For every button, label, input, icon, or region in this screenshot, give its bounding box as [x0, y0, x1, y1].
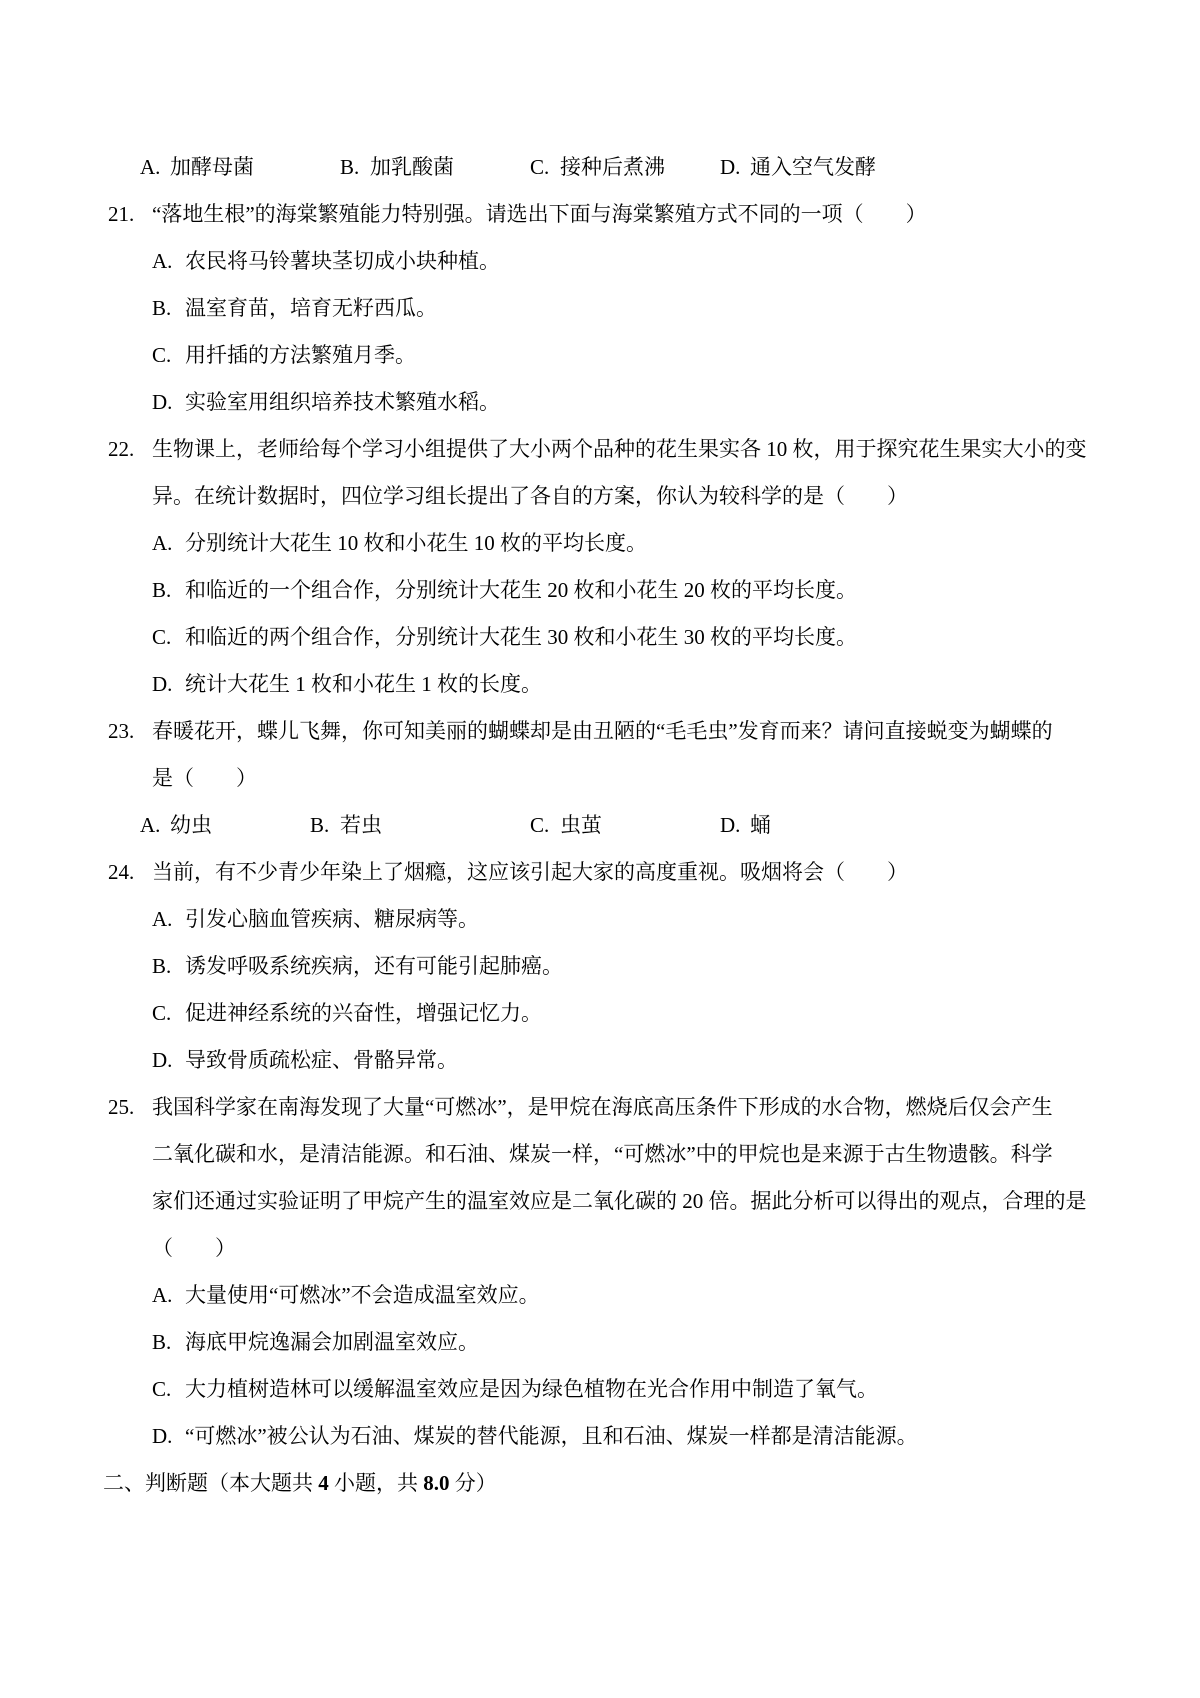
- q23-option-b: B.若虫: [310, 802, 382, 849]
- question-stem: 当前，有不少青少年染上了烟瘾，这应该引起大家的高度重视。吸烟将会（ ）: [152, 860, 908, 884]
- q23-options-row: A.幼虫 B.若虫 C.虫茧 D.蛹: [100, 802, 1160, 849]
- option-letter: D.: [152, 1413, 185, 1460]
- question-number: 24.: [108, 849, 152, 896]
- q21-option-a: A.农民将马铃薯块茎切成小块种植。: [100, 238, 1160, 285]
- option-text: 诱发呼吸系统疾病，还有可能引起肺癌。: [185, 954, 563, 978]
- option-letter: A.: [140, 144, 170, 191]
- question-stem: 春暖花开，蝶儿飞舞，你可知美丽的蝴蝶却是由丑陋的“毛毛虫”发育而来？请问直接蜕变…: [152, 719, 1053, 743]
- q21-stem-line: 21.“落地生根”的海棠繁殖能力特别强。请选出下面与海棠繁殖方式不同的一项（ ）: [100, 191, 1160, 238]
- option-text: 分别统计大花生 10 枚和小花生 10 枚的平均长度。: [185, 531, 647, 555]
- question-stem: “落地生根”的海棠繁殖能力特别强。请选出下面与海棠繁殖方式不同的一项（ ）: [152, 202, 927, 226]
- question-stem: 二氧化碳和水，是清洁能源。和石油、煤炭一样，“可燃冰”中的甲烷也是来源于古生物遗…: [152, 1142, 1053, 1166]
- option-text: 虫茧: [560, 813, 602, 837]
- option-letter: B.: [152, 567, 185, 614]
- q24-option-d: D.导致骨质疏松症、骨骼异常。: [100, 1037, 1160, 1084]
- option-text: 加酵母菌: [170, 155, 254, 179]
- q25-stem-line-4: （ ）: [100, 1225, 1160, 1272]
- option-text: 统计大花生 1 枚和小花生 1 枚的长度。: [185, 672, 542, 696]
- q22-option-b: B.和临近的一个组合作，分别统计大花生 20 枚和小花生 20 枚的平均长度。: [100, 567, 1160, 614]
- q23-option-c: C.虫茧: [530, 802, 602, 849]
- option-letter: C.: [530, 802, 560, 849]
- q20-option-a: A.加酵母菌: [140, 144, 254, 191]
- q23-option-a: A.幼虫: [140, 802, 212, 849]
- q24-stem-line: 24.当前，有不少青少年染上了烟瘾，这应该引起大家的高度重视。吸烟将会（ ）: [100, 849, 1160, 896]
- option-letter: C.: [152, 614, 185, 661]
- option-letter: A.: [152, 238, 185, 285]
- q20-option-c: C.接种后煮沸: [530, 144, 665, 191]
- option-text: 接种后煮沸: [560, 155, 665, 179]
- q21-option-d: D.实验室用组织培养技术繁殖水稻。: [100, 379, 1160, 426]
- question-number: 25.: [108, 1084, 152, 1131]
- option-letter: D.: [720, 144, 750, 191]
- q20-option-b: B.加乳酸菌: [340, 144, 454, 191]
- q24-option-a: A.引发心脑血管疾病、糖尿病等。: [100, 896, 1160, 943]
- section-suffix: 分）: [450, 1471, 497, 1495]
- option-letter: C.: [530, 144, 560, 191]
- option-letter: A.: [140, 802, 170, 849]
- option-letter: A.: [152, 896, 185, 943]
- section-header-text: 二、判断题（本大题共 4 小题，共 8.0 分）: [103, 1471, 497, 1495]
- question-stem: 异。在统计数据时，四位学习组长提出了各自的方案，你认为较科学的是（ ）: [152, 484, 908, 508]
- option-letter: B.: [152, 1319, 185, 1366]
- q20-options-row: A.加酵母菌 B.加乳酸菌 C.接种后煮沸 D.通入空气发酵: [100, 144, 1160, 191]
- q22-stem-line-1: 22.生物课上，老师给每个学习小组提供了大小两个品种的花生果实各 10 枚，用于…: [100, 426, 1160, 473]
- question-number: 23.: [108, 708, 152, 755]
- q22-option-c: C.和临近的两个组合作，分别统计大花生 30 枚和小花生 30 枚的平均长度。: [100, 614, 1160, 661]
- q23-stem-line-1: 23.春暖花开，蝶儿飞舞，你可知美丽的蝴蝶却是由丑陋的“毛毛虫”发育而来？请问直…: [100, 708, 1160, 755]
- option-text: 用扦插的方法繁殖月季。: [185, 343, 416, 367]
- exam-page: A.加酵母菌 B.加乳酸菌 C.接种后煮沸 D.通入空气发酵 21.“落地生根”…: [0, 0, 1200, 1698]
- q25-option-d: D.“可燃冰”被公认为石油、煤炭的替代能源，且和石油、煤炭一样都是清洁能源。: [100, 1413, 1160, 1460]
- q25-option-b: B.海底甲烷逸漏会加剧温室效应。: [100, 1319, 1160, 1366]
- option-letter: A.: [152, 520, 185, 567]
- option-text: 引发心脑血管疾病、糖尿病等。: [185, 907, 479, 931]
- question-number: 22.: [108, 426, 152, 473]
- q25-option-c: C.大力植树造林可以缓解温室效应是因为绿色植物在光合作用中制造了氧气。: [100, 1366, 1160, 1413]
- option-letter: B.: [340, 144, 370, 191]
- q21-option-b: B.温室育苗，培育无籽西瓜。: [100, 285, 1160, 332]
- option-letter: B.: [152, 943, 185, 990]
- option-letter: C.: [152, 332, 185, 379]
- q22-option-d: D.统计大花生 1 枚和小花生 1 枚的长度。: [100, 661, 1160, 708]
- option-text: “可燃冰”被公认为石油、煤炭的替代能源，且和石油、煤炭一样都是清洁能源。: [185, 1424, 918, 1448]
- option-text: 蛹: [750, 813, 771, 837]
- option-text: 促进神经系统的兴奋性，增强记忆力。: [185, 1001, 542, 1025]
- option-text: 幼虫: [170, 813, 212, 837]
- section-question-count: 4: [318, 1471, 329, 1495]
- q23-stem-line-2: 是（ ）: [100, 755, 1160, 802]
- option-letter: D.: [152, 379, 185, 426]
- option-letter: D.: [152, 661, 185, 708]
- option-text: 大力植树造林可以缓解温室效应是因为绿色植物在光合作用中制造了氧气。: [185, 1377, 878, 1401]
- option-text: 若虫: [340, 813, 382, 837]
- q24-option-c: C.促进神经系统的兴奋性，增强记忆力。: [100, 990, 1160, 1037]
- q25-stem-line-3: 家们还通过实验证明了甲烷产生的温室效应是二氧化碳的 20 倍。据此分析可以得出的…: [100, 1178, 1160, 1225]
- section-prefix: 二、判断题（本大题共: [103, 1471, 318, 1495]
- option-text: 和临近的一个组合作，分别统计大花生 20 枚和小花生 20 枚的平均长度。: [185, 578, 857, 602]
- section-2-header: 二、判断题（本大题共 4 小题，共 8.0 分）: [100, 1460, 1160, 1507]
- option-letter: A.: [152, 1272, 185, 1319]
- section-score: 8.0: [423, 1471, 449, 1495]
- option-letter: C.: [152, 1366, 185, 1413]
- option-letter: B.: [152, 285, 185, 332]
- q20-option-d: D.通入空气发酵: [720, 144, 876, 191]
- q22-option-a: A.分别统计大花生 10 枚和小花生 10 枚的平均长度。: [100, 520, 1160, 567]
- q25-stem-line-2: 二氧化碳和水，是清洁能源。和石油、煤炭一样，“可燃冰”中的甲烷也是来源于古生物遗…: [100, 1131, 1160, 1178]
- option-text: 实验室用组织培养技术繁殖水稻。: [185, 390, 500, 414]
- q22-stem-line-2: 异。在统计数据时，四位学习组长提出了各自的方案，你认为较科学的是（ ）: [100, 473, 1160, 520]
- q25-stem-line-1: 25.我国科学家在南海发现了大量“可燃冰”，是甲烷在海底高压条件下形成的水合物，…: [100, 1084, 1160, 1131]
- option-text: 温室育苗，培育无籽西瓜。: [185, 296, 437, 320]
- question-stem: 家们还通过实验证明了甲烷产生的温室效应是二氧化碳的 20 倍。据此分析可以得出的…: [152, 1189, 1087, 1213]
- option-text: 大量使用“可燃冰”不会造成温室效应。: [185, 1283, 540, 1307]
- option-text: 和临近的两个组合作，分别统计大花生 30 枚和小花生 30 枚的平均长度。: [185, 625, 857, 649]
- question-stem: 是（ ）: [152, 766, 257, 790]
- q21-option-c: C.用扦插的方法繁殖月季。: [100, 332, 1160, 379]
- option-text: 加乳酸菌: [370, 155, 454, 179]
- question-number: 21.: [108, 191, 152, 238]
- option-letter: C.: [152, 990, 185, 1037]
- option-text: 通入空气发酵: [750, 155, 876, 179]
- option-letter: B.: [310, 802, 340, 849]
- option-text: 农民将马铃薯块茎切成小块种植。: [185, 249, 500, 273]
- q25-option-a: A.大量使用“可燃冰”不会造成温室效应。: [100, 1272, 1160, 1319]
- section-mid: 小题，共: [329, 1471, 424, 1495]
- option-letter: D.: [720, 802, 750, 849]
- question-stem: 我国科学家在南海发现了大量“可燃冰”，是甲烷在海底高压条件下形成的水合物，燃烧后…: [152, 1095, 1053, 1119]
- option-text: 海底甲烷逸漏会加剧温室效应。: [185, 1330, 479, 1354]
- question-stem: （ ）: [152, 1236, 236, 1260]
- option-text: 导致骨质疏松症、骨骼异常。: [185, 1048, 458, 1072]
- option-letter: D.: [152, 1037, 185, 1084]
- q23-option-d: D.蛹: [720, 802, 771, 849]
- question-stem: 生物课上，老师给每个学习小组提供了大小两个品种的花生果实各 10 枚，用于探究花…: [152, 437, 1087, 461]
- q24-option-b: B.诱发呼吸系统疾病，还有可能引起肺癌。: [100, 943, 1160, 990]
